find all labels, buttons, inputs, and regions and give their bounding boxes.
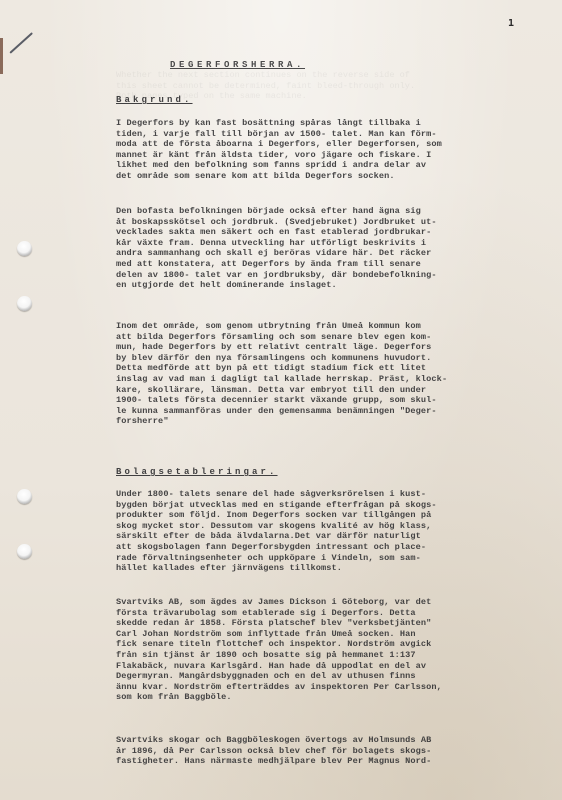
paragraph: Under 1800- talets senare del hade sågve… xyxy=(116,489,546,574)
section-heading: Bakgrund. xyxy=(116,95,193,105)
binder-hole-icon xyxy=(17,296,32,311)
pen-mark xyxy=(9,32,33,54)
binder-hole-icon xyxy=(17,489,32,504)
section-heading: Bolagsetableringar. xyxy=(116,467,278,477)
paragraph: Svartviks skogar och Baggböleskogen över… xyxy=(116,735,546,767)
binding-edge-mark xyxy=(0,38,3,74)
document-title: DEGERFORSHERRA. xyxy=(170,60,305,70)
page-number: 1 xyxy=(508,18,514,29)
paragraph: Den bofasta befolkningen började också e… xyxy=(116,206,546,291)
scanned-document-page: Whether the next section continues on th… xyxy=(0,0,562,800)
paragraph: Inom det område, som genom utbrytning fr… xyxy=(116,321,546,427)
binder-hole-icon xyxy=(17,241,32,256)
paragraph: Svartviks AB, som ägdes av James Dickson… xyxy=(116,597,546,703)
binder-hole-icon xyxy=(17,544,32,559)
paragraph: I Degerfors by kan fast bosättning spåra… xyxy=(116,118,546,182)
